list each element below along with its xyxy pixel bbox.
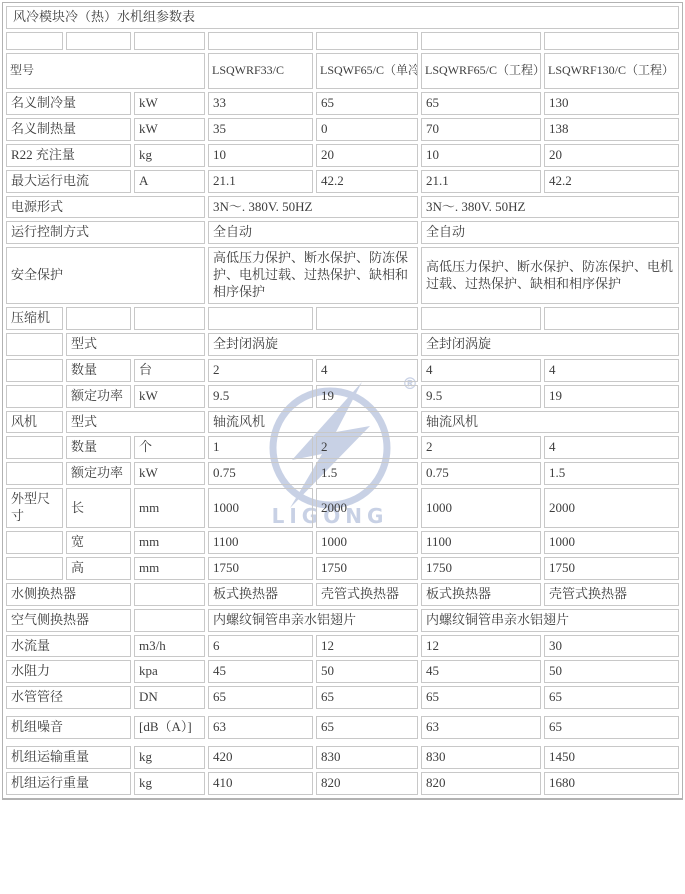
value-cell: 21.1 (208, 170, 313, 193)
table-row: 名义制冷量kW336565130 (6, 92, 679, 115)
value-cell: 33 (208, 92, 313, 115)
value-cell: 420 (208, 746, 313, 769)
value-cell: 21.1 (421, 170, 541, 193)
row-label-cell: 水阻力 (6, 660, 131, 683)
value-cell: 高低压力保护、断水保护、防冻保护、电机过载、过热保护、缺相和相序保护 (208, 247, 418, 304)
value-cell: 65 (421, 686, 541, 709)
value-cell: kW (134, 462, 205, 485)
value-cell: m3/h (134, 635, 205, 658)
table-row: 型号LSQWRF33/CLSQWF65/C（单冷）LSQWRF65/C（工程）L… (6, 53, 679, 89)
value-cell: 壳管式换热器 (316, 583, 418, 606)
value-cell: kg (134, 144, 205, 167)
empty-cell (6, 359, 63, 382)
value-cell: 宽 (66, 531, 131, 554)
value-cell: 型式 (66, 333, 205, 356)
row-label-cell: 机组噪音 (6, 716, 131, 739)
empty-cell (208, 307, 313, 330)
table-row: 水侧换热器板式换热器壳管式换热器板式换热器壳管式换热器 (6, 583, 679, 606)
value-cell: 2 (316, 436, 418, 459)
row-label-cell: 名义制冷量 (6, 92, 131, 115)
row-label-cell: 运行控制方式 (6, 221, 205, 244)
empty-cell (421, 32, 541, 50)
value-cell: 4 (421, 359, 541, 382)
empty-cell (134, 609, 205, 632)
value-cell: kg (134, 746, 205, 769)
value-cell: 820 (316, 772, 418, 795)
value-cell: 65 (208, 686, 313, 709)
table-row: 水流量m3/h6121230 (6, 635, 679, 658)
empty-cell (6, 385, 63, 408)
row-label-cell: 压缩机 (6, 307, 63, 330)
row-label-cell: 名义制热量 (6, 118, 131, 141)
value-cell: 42.2 (316, 170, 418, 193)
value-cell: 1100 (208, 531, 313, 554)
table-row: 额定功率kW9.5199.519 (6, 385, 679, 408)
table-row: 高mm1750175017501750 (6, 557, 679, 580)
value-cell: DN (134, 686, 205, 709)
value-cell: 型式 (66, 411, 205, 434)
table-row: 名义制热量kW35070138 (6, 118, 679, 141)
value-cell: 1680 (544, 772, 679, 795)
table-row: 最大运行电流A21.142.221.142.2 (6, 170, 679, 193)
value-cell: 1750 (544, 557, 679, 580)
value-cell: 65 (544, 686, 679, 709)
value-cell: 820 (421, 772, 541, 795)
table-row: 安全保护高低压力保护、断水保护、防冻保护、电机过载、过热保护、缺相和相序保护高低… (6, 247, 679, 304)
empty-cell (134, 307, 205, 330)
value-cell: 2000 (316, 488, 418, 528)
empty-cell (134, 32, 205, 50)
value-cell: 45 (421, 660, 541, 683)
table-row: 水管管径DN65656565 (6, 686, 679, 709)
table-row: 额定功率kW0.751.50.751.5 (6, 462, 679, 485)
empty-cell (6, 462, 63, 485)
value-cell: 65 (544, 716, 679, 739)
table-row: 数量个1224 (6, 436, 679, 459)
empty-cell (544, 32, 679, 50)
value-cell: LSQWF65/C（单冷） (316, 53, 418, 89)
value-cell: kW (134, 385, 205, 408)
value-cell: 10 (421, 144, 541, 167)
value-cell: 65 (316, 716, 418, 739)
value-cell: 全自动 (208, 221, 418, 244)
row-label-cell: 机组运输重量 (6, 746, 131, 769)
value-cell: mm (134, 531, 205, 554)
value-cell: 1000 (316, 531, 418, 554)
empty-cell (6, 557, 63, 580)
table-row: 外型尺寸长mm1000200010002000 (6, 488, 679, 528)
empty-cell (6, 32, 63, 50)
value-cell: 63 (208, 716, 313, 739)
value-cell: 70 (421, 118, 541, 141)
value-cell: 6 (208, 635, 313, 658)
value-cell: 9.5 (421, 385, 541, 408)
value-cell: 2 (421, 436, 541, 459)
value-cell: 1750 (316, 557, 418, 580)
value-cell: kW (134, 92, 205, 115)
table-row: 水阻力kpa45504550 (6, 660, 679, 683)
row-label-cell: 外型尺寸 (6, 488, 63, 528)
row-label-cell: 安全保护 (6, 247, 205, 304)
table-row: 风冷模块冷（热）水机组参数表 (6, 6, 679, 29)
value-cell: 63 (421, 716, 541, 739)
row-spacer (6, 712, 679, 713)
empty-cell (6, 333, 63, 356)
value-cell: 65 (316, 92, 418, 115)
empty-cell (6, 436, 63, 459)
value-cell: 壳管式换热器 (544, 583, 679, 606)
value-cell: mm (134, 488, 205, 528)
row-label-cell: 水管管径 (6, 686, 131, 709)
row-label-cell: R22 充注量 (6, 144, 131, 167)
value-cell: 410 (208, 772, 313, 795)
value-cell: 额定功率 (66, 462, 131, 485)
value-cell: 4 (544, 359, 679, 382)
empty-cell (544, 307, 679, 330)
table-row: 数量台2444 (6, 359, 679, 382)
empty-cell (421, 307, 541, 330)
value-cell: mm (134, 557, 205, 580)
value-cell: kg (134, 772, 205, 795)
value-cell: 0 (316, 118, 418, 141)
table-row: 机组噪音[dB（A）]63656365 (6, 716, 679, 739)
table-row: 空气侧换热器内螺纹铜管串亲水铝翅片内螺纹铜管串亲水铝翅片 (6, 609, 679, 632)
row-spacer (6, 742, 679, 743)
value-cell: 10 (208, 144, 313, 167)
table-title: 风冷模块冷（热）水机组参数表 (6, 6, 679, 29)
value-cell: 50 (316, 660, 418, 683)
row-label-cell: 机组运行重量 (6, 772, 131, 795)
value-cell: 9.5 (208, 385, 313, 408)
value-cell: 全封闭涡旋 (421, 333, 679, 356)
table-row: 型式全封闭涡旋全封闭涡旋 (6, 333, 679, 356)
value-cell: 3N～. 380V. 50HZ (421, 196, 679, 219)
row-label-cell: 空气侧换热器 (6, 609, 131, 632)
value-cell: 3N～. 380V. 50HZ (208, 196, 418, 219)
value-cell: 1000 (544, 531, 679, 554)
value-cell: 65 (316, 686, 418, 709)
value-cell: 2 (208, 359, 313, 382)
value-cell: 138 (544, 118, 679, 141)
table-row: 宽mm1100100011001000 (6, 531, 679, 554)
table-row (6, 742, 679, 743)
value-cell: 830 (421, 746, 541, 769)
value-cell: 4 (316, 359, 418, 382)
value-cell: 长 (66, 488, 131, 528)
value-cell: 65 (421, 92, 541, 115)
empty-cell (316, 307, 418, 330)
empty-cell (66, 32, 131, 50)
table-row: 机组运行重量kg4108208201680 (6, 772, 679, 795)
value-cell: 1450 (544, 746, 679, 769)
value-cell: 19 (316, 385, 418, 408)
value-cell: 19 (544, 385, 679, 408)
value-cell: 42.2 (544, 170, 679, 193)
value-cell: 1000 (421, 488, 541, 528)
table-row: 运行控制方式全自动全自动 (6, 221, 679, 244)
value-cell: 0.75 (208, 462, 313, 485)
value-cell: 高 (66, 557, 131, 580)
value-cell: 30 (544, 635, 679, 658)
row-label-cell: 型号 (6, 53, 205, 89)
table-row: R22 充注量kg10201020 (6, 144, 679, 167)
value-cell: 2000 (544, 488, 679, 528)
value-cell: 内螺纹铜管串亲水铝翅片 (208, 609, 418, 632)
row-label-cell: 电源形式 (6, 196, 205, 219)
value-cell: 台 (134, 359, 205, 382)
value-cell: 830 (316, 746, 418, 769)
row-label-cell: 水流量 (6, 635, 131, 658)
value-cell: LSQWRF33/C (208, 53, 313, 89)
value-cell: LSQWRF65/C（工程） (421, 53, 541, 89)
value-cell: 35 (208, 118, 313, 141)
table-row: 风机型式轴流风机轴流风机 (6, 411, 679, 434)
value-cell: 轴流风机 (208, 411, 418, 434)
value-cell: 12 (421, 635, 541, 658)
value-cell: 数量 (66, 436, 131, 459)
value-cell: kpa (134, 660, 205, 683)
value-cell: 个 (134, 436, 205, 459)
value-cell: 1750 (421, 557, 541, 580)
table-row: 压缩机 (6, 307, 679, 330)
empty-cell (316, 32, 418, 50)
value-cell: 额定功率 (66, 385, 131, 408)
value-cell: 20 (544, 144, 679, 167)
value-cell: 50 (544, 660, 679, 683)
empty-cell (208, 32, 313, 50)
chiller-spec-table: 风冷模块冷（热）水机组参数表型号LSQWRF33/CLSQWF65/C（单冷）L… (2, 2, 683, 800)
spec-sheet-page: ® LIGONG 风冷模块冷（热）水机组参数表型号LSQWRF33/CLSQWF… (0, 2, 685, 894)
value-cell: 45 (208, 660, 313, 683)
value-cell: 内螺纹铜管串亲水铝翅片 (421, 609, 679, 632)
value-cell: 板式换热器 (421, 583, 541, 606)
table-row (6, 712, 679, 713)
value-cell: 全自动 (421, 221, 679, 244)
value-cell: 轴流风机 (421, 411, 679, 434)
table-row (6, 32, 679, 50)
empty-cell (6, 531, 63, 554)
value-cell: 高低压力保护、断水保护、防冻保护、电机过载、过热保护、缺相和相序保护 (421, 247, 679, 304)
row-label-cell: 风机 (6, 411, 63, 434)
value-cell: 12 (316, 635, 418, 658)
value-cell: 1750 (208, 557, 313, 580)
value-cell: 20 (316, 144, 418, 167)
value-cell: 1.5 (316, 462, 418, 485)
empty-cell (66, 307, 131, 330)
value-cell: 0.75 (421, 462, 541, 485)
value-cell: 全封闭涡旋 (208, 333, 418, 356)
value-cell: 1100 (421, 531, 541, 554)
value-cell: 数量 (66, 359, 131, 382)
table-row: 电源形式3N～. 380V. 50HZ3N～. 380V. 50HZ (6, 196, 679, 219)
value-cell: LSQWRF130/C（工程） (544, 53, 679, 89)
value-cell: A (134, 170, 205, 193)
row-label-cell: 最大运行电流 (6, 170, 131, 193)
table-row: 机组运输重量kg4208308301450 (6, 746, 679, 769)
value-cell: 4 (544, 436, 679, 459)
row-label-cell: 水侧换热器 (6, 583, 131, 606)
value-cell: 1 (208, 436, 313, 459)
value-cell: 1.5 (544, 462, 679, 485)
value-cell: kW (134, 118, 205, 141)
value-cell: 130 (544, 92, 679, 115)
value-cell: 板式换热器 (208, 583, 313, 606)
value-cell: 1000 (208, 488, 313, 528)
empty-cell (134, 583, 205, 606)
value-cell: [dB（A）] (134, 716, 205, 739)
